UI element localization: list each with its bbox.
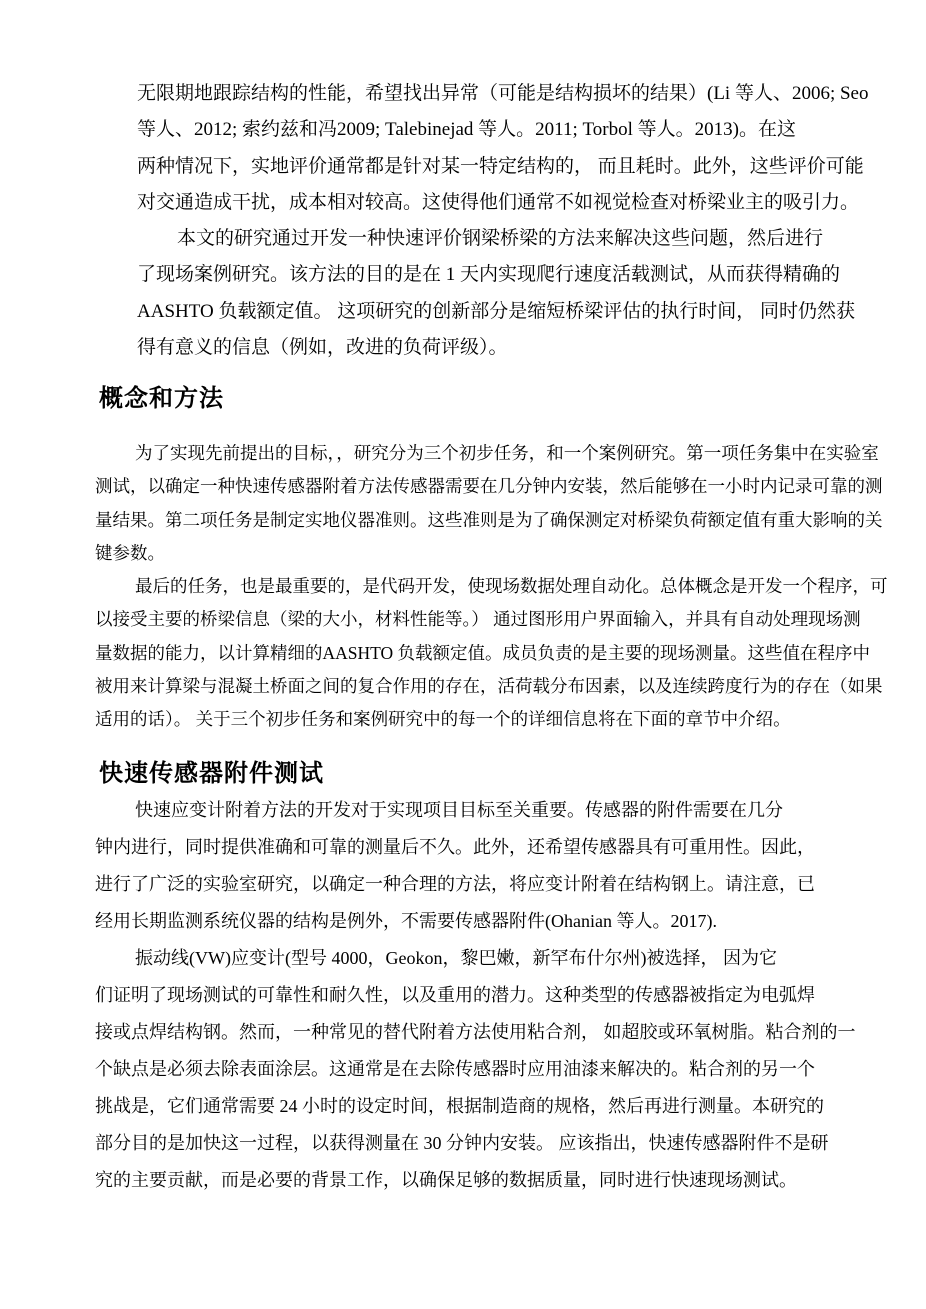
section-heading-rapid-sensor-attachment: 快速传感器附件测试 [99,759,324,788]
section-heading-concepts-and-methods: 概念和方法 [99,384,224,413]
text-line: 经用长期监测系统仪器的结构是例外，不需要传感器附件(Ohanian 等人。201… [95,903,865,940]
paragraph-three-tasks: 为了实现先前提出的目标，，研究分为三个初步任务，和一个案例研究。第一项任务集中在… [95,437,880,737]
text-line: 得有意义的信息（例如，改进的负荷评级）。 [137,330,837,366]
text-line: 对交通造成干扰，成本相对较高。这使得他们通常不如视觉检查对桥梁业主的吸引力。 [137,185,837,221]
text-line: 接或点焊结构钢。然而，一种常见的替代附着方法使用粘合剂， 如超胶或环氧树脂。粘合… [95,1014,865,1051]
text-line: 量数据的能力，以计算精细的AASHTO 负载额定值。成员负责的是主要的现场测量。… [95,637,880,670]
text-line: 两种情况下，实地评价通常都是针对某一特定结构的， 而且耗时。此外，这些评价可能 [137,149,837,185]
text-line: 为了实现先前提出的目标，，研究分为三个初步任务，和一个案例研究。第一项任务集中在… [95,437,880,470]
paragraph-rapid-gauge: 快速应变计附着方法的开发对于实现项目目标至关重要。传感器的附件需要在几分 钟内进… [95,792,865,1199]
text-line: AASHTO 负载额定值。 这项研究的创新部分是缩短桥梁评估的执行时间， 同时仍… [137,294,837,330]
text-line: 以接受主要的桥梁信息（梁的大小，材料性能等。） 通过图形用户界面输入，并具有自动… [95,603,880,636]
text-line: 振动线(VW)应变计(型号 4000，Geokon，黎巴嫩，新罕布什尔州)被选择… [95,940,865,977]
text-line: 本文的研究通过开发一种快速评价钢梁桥梁的方法来解决这些问题，然后进行 [137,221,837,257]
text-line: 最后的任务，也是最重要的，是代码开发，使现场数据处理自动化。总体概念是开发一个程… [95,570,880,603]
text-line: 挑战是，它们通常需要 24 小时的设定时间，根据制造商的规格，然后再进行测量。本… [95,1088,865,1125]
text-line: 部分目的是加快这一过程，以获得测量在 30 分钟内安装。 应该指出，快速传感器附… [95,1125,865,1162]
paragraph-this-paper: 本文的研究通过开发一种快速评价钢梁桥梁的方法来解决这些问题，然后进行 了现场案例… [137,221,837,366]
text-line: 快速应变计附着方法的开发对于实现项目目标至关重要。传感器的附件需要在几分 [95,792,865,829]
text-line: 被用来计算梁与混凝土桥面之间的复合作用的存在，活荷载分布因素，以及连续跨度行为的… [95,670,880,703]
text-line: 了现场案例研究。该方法的目的是在 1 天内实现爬行速度活载测试，从而获得精确的 [137,257,837,293]
text-line: 进行了广泛的实验室研究，以确定一种合理的方法，将应变计附着在结构钢上。请注意，已 [95,866,865,903]
text-line: 适用的话）。 关于三个初步任务和案例研究中的每一个的详细信息将在下面的章节中介绍… [95,703,880,736]
document-page: 无限期地跟踪结构的性能，希望找出异常（可能是结构损坏的结果）(Li 等人、200… [0,0,926,1309]
paragraph-intro-continuation: 无限期地跟踪结构的性能，希望找出异常（可能是结构损坏的结果）(Li 等人、200… [137,76,837,366]
text-line: 无限期地跟踪结构的性能，希望找出异常（可能是结构损坏的结果）(Li 等人、200… [137,76,837,112]
paragraph-final-task: 最后的任务，也是最重要的，是代码开发，使现场数据处理自动化。总体概念是开发一个程… [95,570,880,736]
text-line: 量结果。第二项任务是制定实地仪器准则。这些准则是为了确保测定对桥梁负荷额定值有重… [95,504,880,537]
text-line: 钟内进行，同时提供准确和可靠的测量后不久。此外，还希望传感器具有可重用性。因此， [95,829,865,866]
text-line: 键参数。 [95,537,880,570]
text-line: 究的主要贡献，而是必要的背景工作，以确保足够的数据质量，同时进行快速现场测试。 [95,1162,865,1199]
text-line: 们证明了现场测试的可靠性和耐久性，以及重用的潜力。这种类型的传感器被指定为电弧焊 [95,977,865,1014]
text-line: 测试，以确定一种快速传感器附着方法传感器需要在几分钟内安装，然后能够在一小时内记… [95,470,880,503]
text-line: 等人、2012; 索约兹和冯2009; Talebinejad 等人。2011;… [137,112,837,148]
text-line: 个缺点是必须去除表面涂层。这通常是在去除传感器时应用油漆来解决的。粘合剂的另一个 [95,1051,865,1088]
paragraph-vw-gauge: 振动线(VW)应变计(型号 4000，Geokon，黎巴嫩，新罕布什尔州)被选择… [95,940,865,1199]
